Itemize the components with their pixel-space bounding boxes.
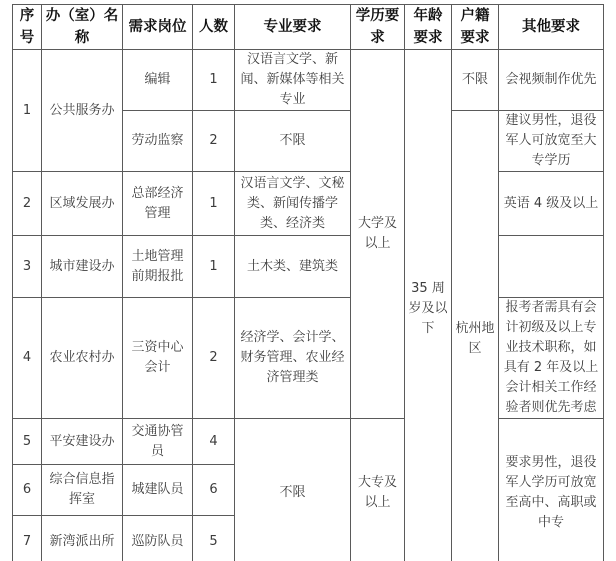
- cell-no: 6: [13, 465, 42, 516]
- header-post: 需求岗位: [123, 5, 193, 50]
- header-registry: 户籍要求: [452, 5, 499, 50]
- header-education: 学历要求: [351, 5, 405, 50]
- cell-age: 35 周岁及以下: [405, 50, 452, 561]
- cell-post: 交通协管员: [123, 419, 193, 465]
- cell-post: 编辑: [123, 50, 193, 111]
- cell-dept: 区域发展办: [42, 172, 123, 236]
- cell-other-lower: 要求男性，退役军人学历可放宽至高中、高职或中专: [499, 419, 604, 561]
- cell-post: 巡防队员: [123, 516, 193, 561]
- cell-count: 6: [193, 465, 235, 516]
- cell-count: 4: [193, 419, 235, 465]
- cell-no: 4: [13, 298, 42, 419]
- cell-major: 汉语言文学、新闻、新媒体等相关专业: [235, 50, 351, 111]
- cell-post: 城建队员: [123, 465, 193, 516]
- cell-other: 会视频制作优先: [499, 50, 604, 111]
- cell-other: 英语 4 级及以上: [499, 172, 604, 236]
- cell-post: 三资中心会计: [123, 298, 193, 419]
- cell-dept: 平安建设办: [42, 419, 123, 465]
- cell-major-lower: 不限: [235, 419, 351, 561]
- cell-dept: 公共服务办: [42, 50, 123, 172]
- header-dept: 办（室）名称: [42, 5, 123, 50]
- cell-count: 2: [193, 111, 235, 172]
- header-no: 序号: [13, 5, 42, 50]
- cell-no: 2: [13, 172, 42, 236]
- cell-no: 5: [13, 419, 42, 465]
- cell-education-lower: 大专及以上: [351, 419, 405, 561]
- cell-registry: 不限: [452, 50, 499, 111]
- header-row: 序号 办（室）名称 需求岗位 人数 专业要求 学历要求 年龄要求 户籍要求 其他…: [13, 5, 604, 50]
- table-row: 3 城市建设办 土地管理前期报批 1 土木类、建筑类: [13, 236, 604, 298]
- cell-count: 5: [193, 516, 235, 561]
- cell-post: 总部经济管理: [123, 172, 193, 236]
- cell-other: 报考者需具有会计初级及以上专业技术职称，如具有 2 年及以上会计相关工作经验者则…: [499, 298, 604, 419]
- cell-registry-hz: 杭州地区: [452, 111, 499, 561]
- table-row: 1 公共服务办 编辑 1 汉语言文学、新闻、新媒体等相关专业 大学及以上 35 …: [13, 50, 604, 111]
- cell-count: 1: [193, 236, 235, 298]
- cell-other: 建议男性，退役军人可放宽至大专学历: [499, 111, 604, 172]
- cell-count: 1: [193, 172, 235, 236]
- table-row: 5 平安建设办 交通协管员 4 不限 大专及以上 要求男性，退役军人学历可放宽至…: [13, 419, 604, 465]
- cell-post: 土地管理前期报批: [123, 236, 193, 298]
- cell-dept: 农业农村办: [42, 298, 123, 419]
- cell-major: 汉语言文学、文秘类、新闻传播学类、经济类: [235, 172, 351, 236]
- cell-no: 1: [13, 50, 42, 172]
- header-count: 人数: [193, 5, 235, 50]
- cell-other: [499, 236, 604, 298]
- recruitment-table: 序号 办（室）名称 需求岗位 人数 专业要求 学历要求 年龄要求 户籍要求 其他…: [12, 4, 604, 561]
- cell-count: 1: [193, 50, 235, 111]
- cell-no: 3: [13, 236, 42, 298]
- header-age: 年龄要求: [405, 5, 452, 50]
- cell-major: 土木类、建筑类: [235, 236, 351, 298]
- cell-education-upper: 大学及以上: [351, 50, 405, 419]
- cell-dept: 综合信息指挥室: [42, 465, 123, 516]
- table-row: 4 农业农村办 三资中心会计 2 经济学、会计学、财务管理、农业经济管理类 报考…: [13, 298, 604, 419]
- table-row: 2 区域发展办 总部经济管理 1 汉语言文学、文秘类、新闻传播学类、经济类 英语…: [13, 172, 604, 236]
- header-other: 其他要求: [499, 5, 604, 50]
- cell-major: 不限: [235, 111, 351, 172]
- cell-dept: 新湾派出所: [42, 516, 123, 561]
- cell-no: 7: [13, 516, 42, 561]
- cell-dept: 城市建设办: [42, 236, 123, 298]
- cell-count: 2: [193, 298, 235, 419]
- cell-post: 劳动监察: [123, 111, 193, 172]
- cell-major: 经济学、会计学、财务管理、农业经济管理类: [235, 298, 351, 419]
- header-major: 专业要求: [235, 5, 351, 50]
